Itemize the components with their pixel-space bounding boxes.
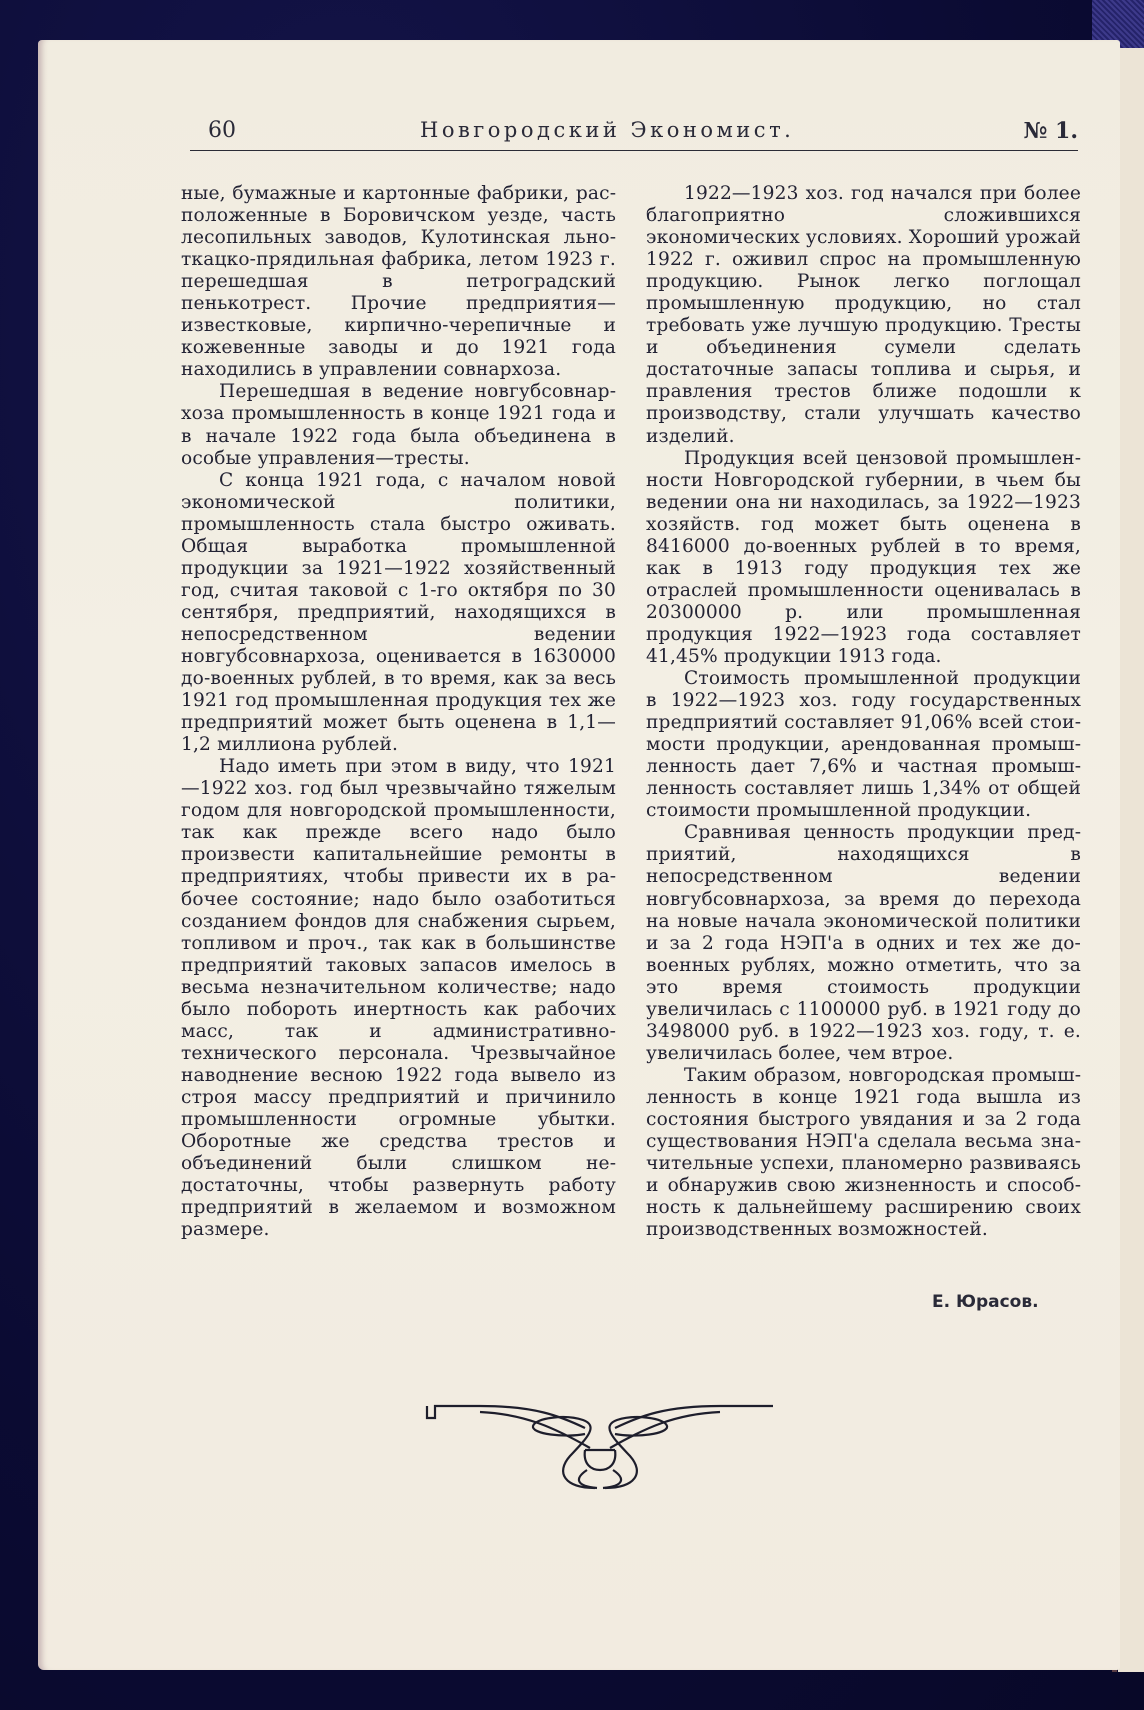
paragraph: Таким образом, новгородская промыш­ленно…	[646, 1065, 1081, 1241]
paragraph: Стоимость промышленной продукции в 1922—…	[646, 668, 1081, 822]
paragraph: Перешедшая в ведение новгубсовнар­хоза п…	[181, 381, 616, 469]
author-signature: Е. Юрасов.	[932, 1292, 1039, 1312]
paragraph: 1922—1923 хоз. год начался при более бла…	[646, 183, 1081, 448]
journal-title: Новгородский Экономист.	[420, 118, 794, 142]
paragraph: Надо иметь при этом в виду, что 1921—192…	[181, 756, 616, 1241]
paragraph: С конца 1921 года, с началом новой эконо…	[181, 470, 616, 757]
adjacent-page-edge	[1118, 48, 1144, 1672]
paragraph: Продукция всей цензовой промышлен­ности …	[646, 448, 1081, 668]
page-number: 60	[208, 118, 236, 143]
paragraph: ные, бумажные и картонные фабрики, рас­п…	[181, 183, 616, 381]
right-column: 1922—1923 хоз. год начался при более бла…	[646, 183, 1081, 1241]
art-nouveau-tailpiece-ornament-icon	[425, 1398, 775, 1498]
paragraph: Сравнивая ценность продукции пред­прияти…	[646, 822, 1081, 1065]
issue-number: № 1.	[1023, 118, 1078, 144]
running-header: 60 Новгородский Экономист. № 1.	[190, 114, 1078, 151]
left-column: ные, бумажные и картонные фабрики, рас­п…	[181, 183, 616, 1241]
